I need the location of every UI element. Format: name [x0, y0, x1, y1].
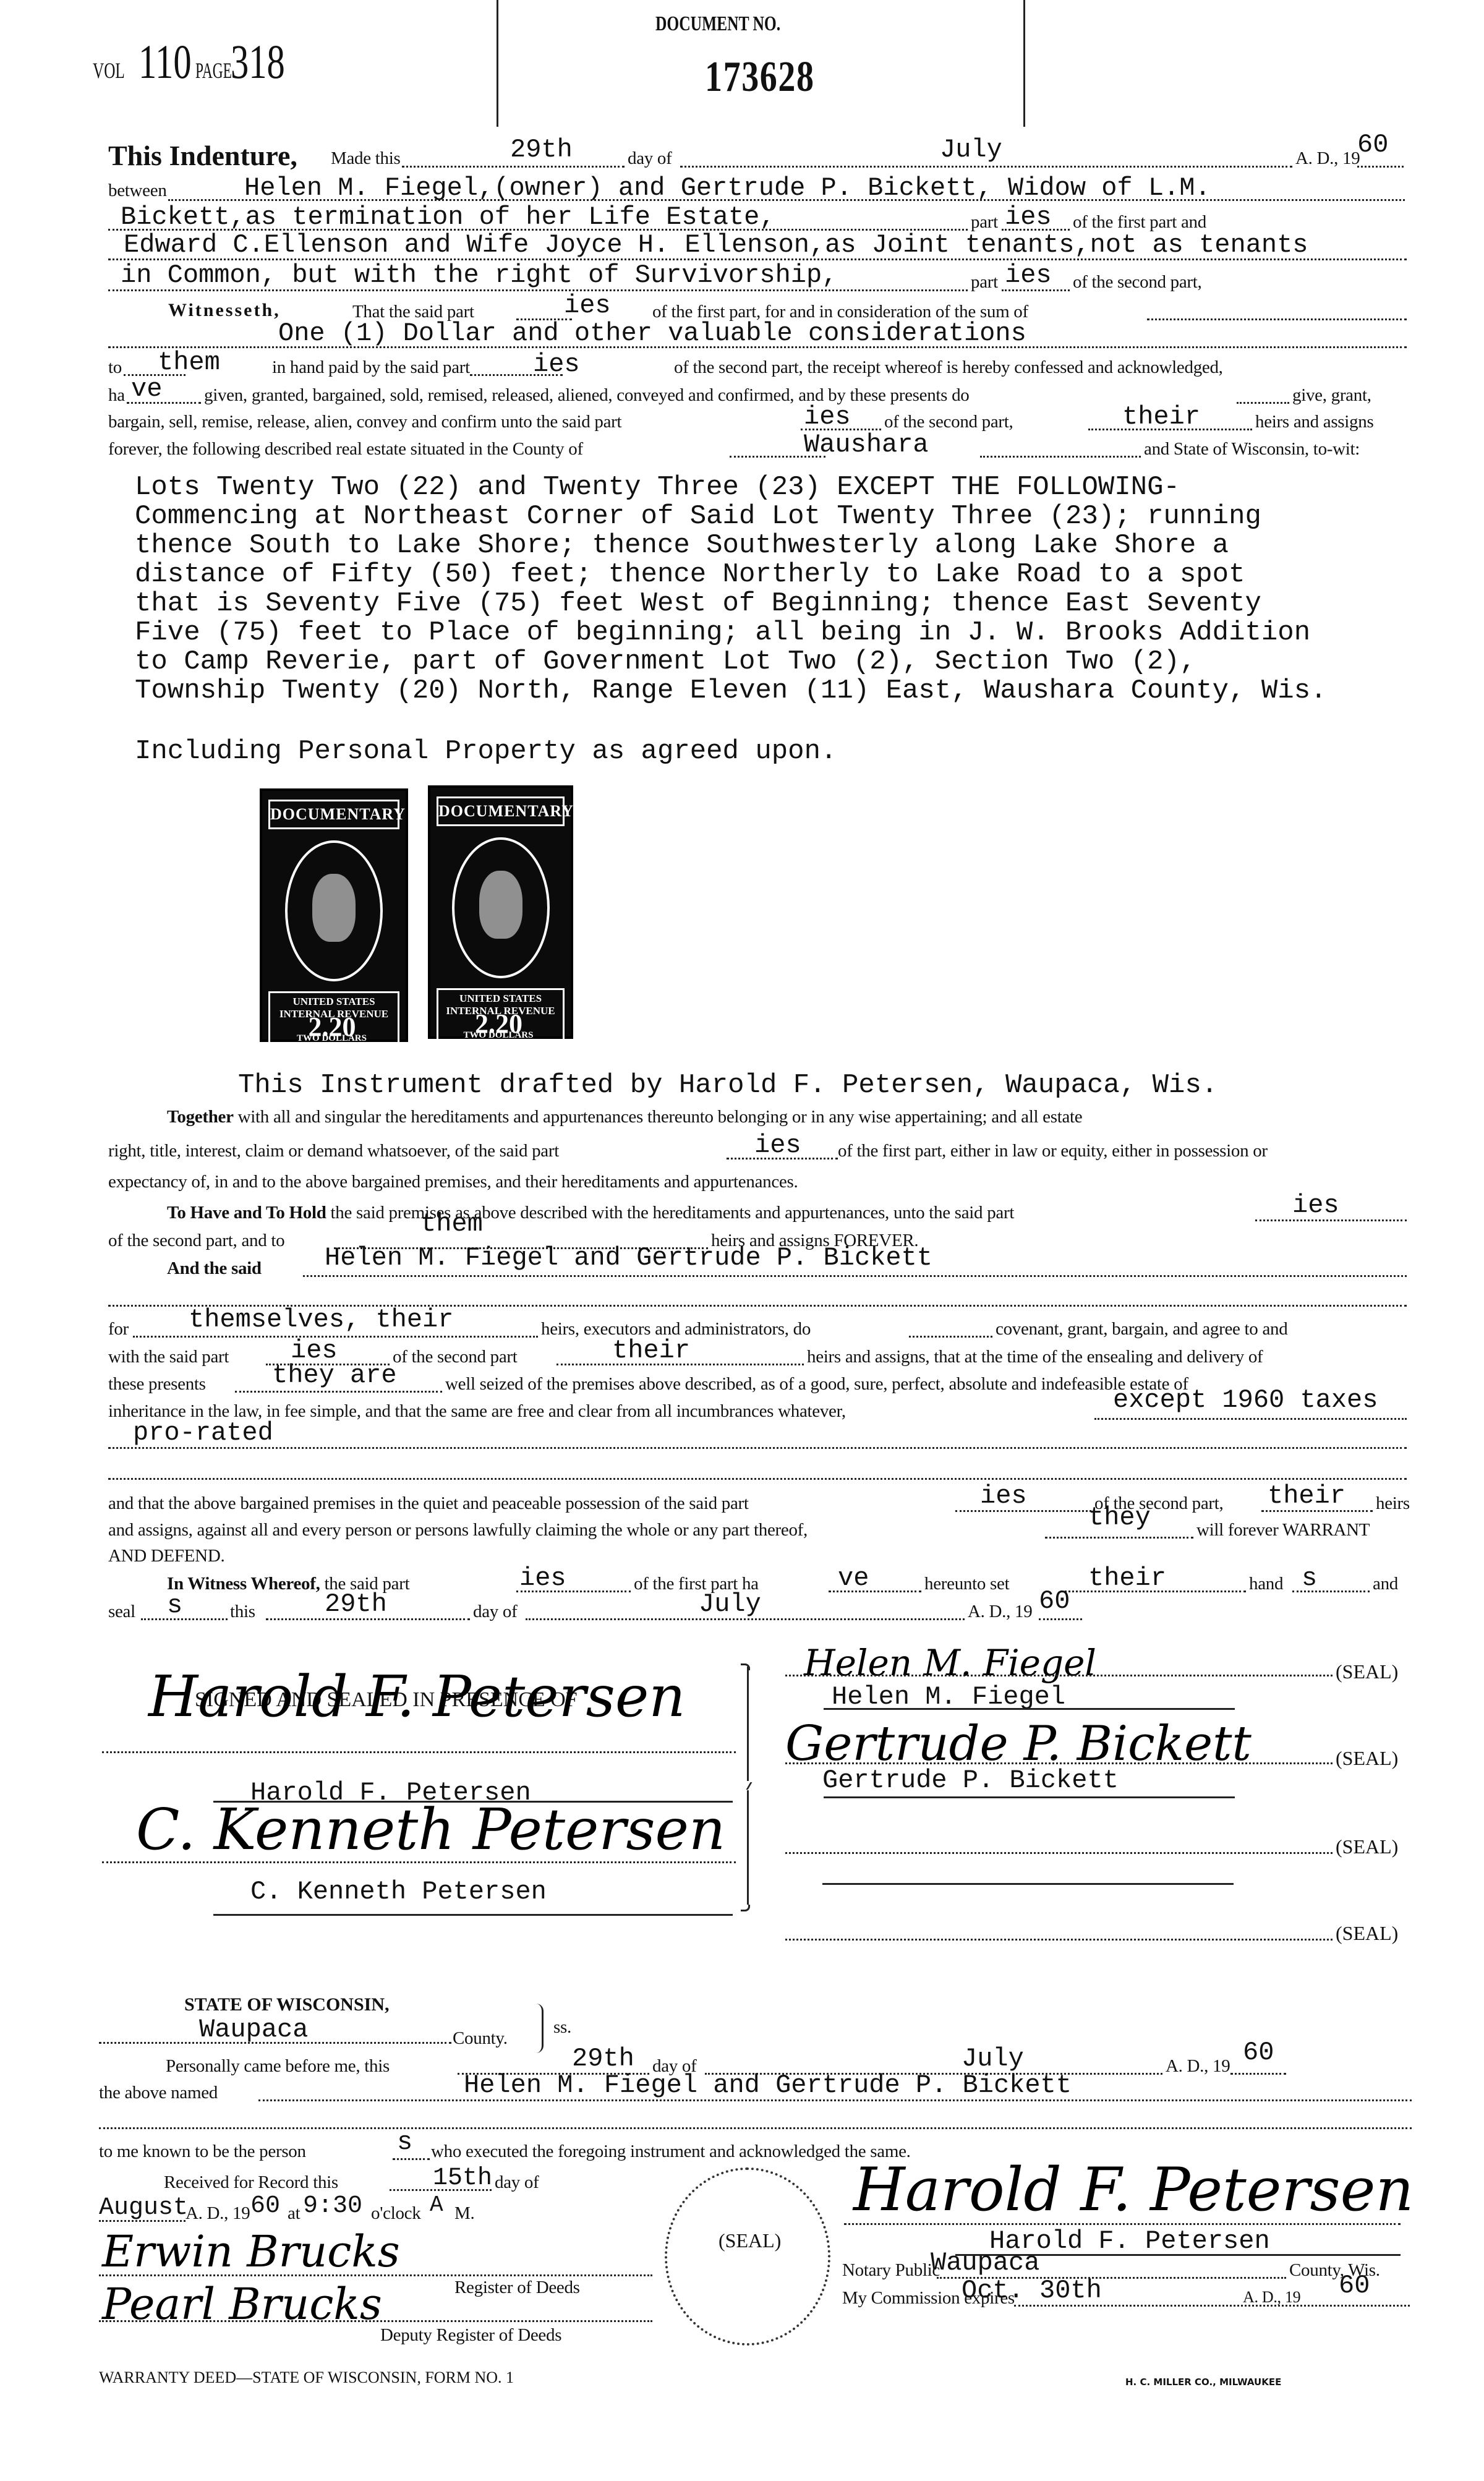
witnesseth-text-3: in hand paid by the said part — [272, 357, 470, 378]
part-label-2: part — [971, 272, 998, 293]
blank-they — [1045, 1537, 1193, 1539]
notary-sig-line — [844, 2223, 1401, 2225]
blank-county-2 — [980, 456, 1141, 458]
grantor-typed-1: Helen M. Fiegel — [832, 1682, 1065, 1712]
vol-number: 110 — [139, 34, 192, 90]
stamp-line1: UNITED STATES — [440, 993, 561, 1005]
commission-ad: A. D., 19 — [1243, 2288, 1300, 2307]
to-have-text-2: of the second part, and to — [108, 1231, 284, 1251]
between-label: between — [108, 181, 167, 201]
indenture-year: 60 — [1357, 130, 1388, 160]
witnesseth-fill-3: ies — [804, 402, 851, 432]
witness-fill-1: ies — [519, 1563, 566, 1593]
to-have-paragraph: To Have and To Hold the said premises as… — [167, 1203, 1014, 1223]
blank-extra — [108, 1478, 1407, 1480]
brace-upper — [747, 1667, 749, 1781]
together-text-3: of the first part, either in law or equi… — [838, 1141, 1268, 1161]
legal-line: Township Twenty (20) North, Range Eleven… — [135, 677, 1327, 706]
page-number: 318 — [231, 34, 285, 90]
covenant-fill-9: they — [1088, 1503, 1151, 1532]
grantor-typed-rule-1 — [824, 1708, 1235, 1710]
personal-property: Including Personal Property as agreed up… — [135, 736, 837, 767]
covenant-text-9: and assigns, against all and every perso… — [108, 1520, 808, 1540]
witnesseth-label: Witnesseth, — [168, 300, 281, 321]
legal-line: thence South to Lake Shore; thence South… — [135, 531, 1327, 560]
stamp-bottom-panel: UNITED STATES INTERNAL REVENUE 2.20 TWO … — [437, 988, 565, 1056]
ack-day: 29th — [572, 2044, 634, 2073]
legal-line: distance of Fifty (50) feet; thence Nort… — [135, 560, 1327, 589]
grantor-typed-rule-2 — [824, 1796, 1235, 1798]
blank-year-2 — [1039, 1618, 1082, 1620]
page-label: PAGE — [195, 58, 232, 83]
covenant-text-4b: of the second part — [393, 1347, 518, 1367]
deputy-label: Deputy Register of Deeds — [380, 2325, 561, 2346]
received-meridiem: A — [430, 2192, 443, 2218]
witness-whereof-seal: seal — [108, 1602, 135, 1622]
blank-seals — [141, 1618, 228, 1620]
witness-fill-3: their — [1088, 1563, 1166, 1593]
received-oclock: o'clock — [371, 2203, 420, 2224]
notary-public-label: Notary Public — [842, 2260, 940, 2281]
legal-line: that is Seventy Five (75) feet West of B… — [135, 589, 1327, 618]
covenant-fill-8a: ies — [980, 1481, 1027, 1511]
received-day: 15th — [433, 2164, 492, 2192]
blank-do-2 — [909, 1336, 992, 1338]
brace-point — [746, 1782, 759, 1790]
register-signature: Erwin Brucks — [102, 2226, 400, 2277]
covenant-for: for — [108, 1319, 129, 1339]
witness-whereof-this: this — [230, 1602, 255, 1622]
stamp-bottom-panel: UNITED STATES INTERNAL REVENUE 2.20 TWO … — [268, 991, 399, 1059]
covenant-text-5b: well seized of the premises above descri… — [445, 1374, 1188, 1394]
witness-sig-line-2 — [102, 1861, 736, 1863]
blank-ack-county — [99, 2042, 451, 2044]
stamp-value: 2.20 — [309, 1021, 356, 1033]
witnesseth-text-5: given, granted, bargained, sold, remised… — [204, 385, 970, 406]
grantor-sig-line-1 — [785, 1675, 1333, 1676]
indenture-title: This Indenture, — [108, 139, 297, 172]
form-name: WARRANTY DEED—STATE OF WISCONSIN, FORM N… — [99, 2368, 514, 2387]
stamp-portrait-oval — [285, 840, 383, 981]
of-second-part-label: of the second part, — [1073, 272, 1202, 293]
covenant-fill-6: except 1960 taxes — [1113, 1385, 1378, 1415]
witness-day: 29th — [325, 1589, 387, 1619]
legal-description: Lots Twenty Two (22) and Twenty Three (2… — [135, 473, 1327, 706]
to-them: them — [158, 348, 220, 377]
grantor-sig-line-4 — [785, 1939, 1333, 1941]
seal-label-1: (SEAL) — [1336, 1660, 1398, 1683]
blank-day — [402, 166, 625, 168]
ack-state: STATE OF WISCONSIN, — [184, 1994, 389, 2015]
made-this-label: Made this — [331, 148, 400, 169]
witness-signature-2: C. Kenneth Petersen — [136, 1796, 725, 1863]
ha-label: ha — [108, 385, 125, 406]
document-no-label: DOCUMENT NO. — [655, 12, 780, 36]
together-text-1: with all and singular the hereditaments … — [238, 1107, 1083, 1127]
stamp-portrait-oval — [452, 837, 550, 978]
together-text-4: expectancy of, in and to the above barga… — [108, 1172, 798, 1192]
covenant-text-3b: covenant, grant, bargain, and agree to a… — [996, 1319, 1287, 1339]
commission-year: 60 — [1339, 2271, 1370, 2300]
covenant-fill-4b: their — [612, 1336, 690, 1365]
witnesseth-text-7: bargain, sell, remise, release, alien, c… — [108, 412, 621, 432]
grantor-signature-1: Helen M. Fiegel — [804, 1642, 1096, 1684]
brace-bottom-hook — [741, 1905, 750, 1911]
received-at: at — [288, 2203, 300, 2224]
blank-do — [1237, 402, 1289, 404]
ack-ss: ss. — [553, 2017, 571, 2038]
day-of-label: day of — [628, 148, 672, 169]
printer-imprint: H. C. MILLER CO., MILWAUKEE — [1125, 2376, 1281, 2388]
first-party-line2: Bickett,as termination of her Life Estat… — [121, 202, 775, 232]
stamp-value-words2: TWENTY CENTS — [297, 1044, 371, 1054]
witness-typed-rule-2 — [213, 1914, 733, 1916]
legal-line: Commencing at Northeast Corner of Said L… — [135, 502, 1327, 531]
second-party-line2: in Common, but with the right of Survivo… — [121, 260, 837, 290]
blank-prorated — [108, 1447, 1407, 1449]
received-ad: A. D., 19 — [185, 2203, 250, 2224]
header-divider-left — [497, 0, 498, 127]
second-part-suffix: ies — [1005, 260, 1052, 290]
indenture-day: 29th — [510, 135, 573, 164]
witness-year: 60 — [1039, 1586, 1070, 1616]
covenant-text-8c: heirs — [1376, 1493, 1410, 1514]
brace-top-hook — [741, 1663, 750, 1670]
ack-above-named-label: the above named — [99, 2083, 218, 2103]
witnesseth-fill-1: ies — [564, 291, 611, 320]
ack-month: July — [962, 2044, 1024, 2073]
revenue-stamp-2: DOCUMENTARY UNITED STATES INTERNAL REVEN… — [428, 785, 573, 1039]
brace-lower — [747, 1790, 749, 1905]
stamp-title: DOCUMENTARY — [437, 796, 565, 826]
ack-personally: Personally came before me, this — [166, 2056, 390, 2077]
witness-fill-2: ve — [838, 1563, 869, 1593]
received-month: August — [99, 2194, 188, 2222]
second-party-line1: Edward C.Ellenson and Wife Joyce H. Elle… — [124, 230, 1308, 260]
drafted-by: This Instrument drafted by Harold F. Pet… — [238, 1070, 1217, 1101]
notary-county: Waupaca — [931, 2248, 1039, 2278]
recording-seal-label: (SEAL) — [719, 2229, 781, 2252]
indenture-month: July — [940, 135, 1002, 164]
witness-whereof-text-3: hereunto set — [924, 1574, 1009, 1594]
ack-known-b: who executed the foregoing instrument an… — [431, 2142, 911, 2162]
covenant-fill-5: they are — [272, 1360, 397, 1390]
stamp-value-words2: TWENTY CENTS — [464, 1041, 538, 1051]
commission-date: Oct. 30th — [962, 2276, 1102, 2305]
covenant-text-4: with the said part — [108, 1347, 229, 1367]
received-day-of: day of — [495, 2172, 539, 2193]
county: Waushara — [804, 430, 929, 459]
portrait-icon — [312, 874, 356, 942]
document-no: 173628 — [705, 53, 815, 102]
ack-year: 60 — [1243, 2038, 1274, 2067]
stamp-value: 2.20 — [475, 1018, 522, 1030]
ack-county-label: County. — [453, 2028, 508, 2049]
witnesseth-text-9: heirs and assigns — [1255, 412, 1373, 432]
witnesseth-fill-2: ies — [533, 349, 580, 379]
deputy-sig-line — [99, 2320, 652, 2322]
ack-ad: A. D., 19 — [1166, 2056, 1230, 2077]
header-divider-right — [1023, 0, 1025, 127]
covenant-lead: And the said — [167, 1258, 262, 1279]
to-have-fill-2: them — [420, 1209, 483, 1239]
witness-signature-1: Harold F. Petersen — [148, 1663, 686, 1730]
witness-month: July — [699, 1589, 761, 1619]
received-label: Received for Record this — [164, 2172, 338, 2193]
have-fill: ve — [131, 374, 162, 404]
ack-brace — [533, 2004, 544, 2053]
blank-sum — [1147, 318, 1407, 320]
witnesseth-fill-4: their — [1122, 402, 1200, 432]
witnesseth-text-4: of the second part, the receipt whereof … — [674, 357, 1223, 378]
blank-ack-year — [1230, 2073, 1286, 2075]
covenant-text-10: AND DEFEND. — [108, 1546, 224, 1566]
witnesseth-text-11: and State of Wisconsin, to-wit: — [1144, 439, 1360, 459]
notary-signature: Harold F. Petersen — [853, 2155, 1414, 2224]
together-lead: Together — [167, 1107, 234, 1127]
covenant-fill-themselves: themselves, their — [189, 1305, 453, 1334]
consideration: One (1) Dollar and other valuable consid… — [278, 318, 1026, 348]
witness-sig-line-1 — [102, 1751, 736, 1753]
ack-known: to me known to be the person — [99, 2142, 306, 2162]
portrait-icon — [479, 871, 522, 939]
seal-label-2: (SEAL) — [1336, 1747, 1398, 1770]
stamp-value-words1: TWO DOLLARS — [464, 1030, 534, 1040]
ack-above-named: Helen M. Fiegel and Gertrude P. Bickett — [464, 2070, 1072, 2100]
legal-line: Lots Twenty Two (22) and Twenty Three (2… — [135, 473, 1327, 502]
revenue-stamp-1: DOCUMENTARY UNITED STATES INTERNAL REVEN… — [260, 788, 408, 1042]
received-m: M. — [454, 2203, 474, 2224]
grantor-sig-line-2 — [785, 1762, 1333, 1764]
stamp-value-words1: TWO DOLLARS — [297, 1033, 367, 1043]
ack-county: Waupaca — [199, 2015, 308, 2044]
blank-received-month — [99, 2220, 185, 2222]
grantor-typed-rule-3 — [822, 1883, 1234, 1885]
blank-month — [680, 166, 1292, 168]
witnesseth-text-10: forever, the following described real es… — [108, 439, 583, 459]
grantor-typed-2: Gertrude P. Bickett — [822, 1766, 1119, 1795]
blank-except — [1094, 1418, 1407, 1420]
witness-whereof-ad: A. D., 19 — [968, 1602, 1032, 1622]
to-have-fill: ies — [1292, 1190, 1339, 1220]
received-time: 9:30 — [303, 2192, 362, 2220]
witness-whereof-text-5: and — [1373, 1574, 1398, 1594]
blank-persons — [393, 2158, 430, 2160]
legal-line: Five (75) feet to Place of beginning; al… — [135, 618, 1327, 647]
witness-whereof-text-4: hand — [1249, 1574, 1283, 1594]
register-label: Register of Deeds — [454, 2278, 580, 2298]
witnesseth-text-6: give, grant, — [1292, 385, 1371, 406]
legal-line: to Camp Reverie, part of Government Lot … — [135, 647, 1327, 677]
stamp-line1: UNITED STATES — [271, 996, 396, 1008]
register-sig-line — [99, 2274, 652, 2276]
blank-year — [1357, 166, 1404, 168]
to-label: to — [108, 357, 122, 378]
witness-typed-2: C. Kenneth Petersen — [250, 1877, 547, 1907]
seal-label-3: (SEAL) — [1336, 1835, 1398, 1858]
to-have-lead: To Have and To Hold — [167, 1203, 326, 1223]
witness-fill-5: s — [167, 1591, 182, 1620]
together-paragraph: Together with all and singular the hered… — [167, 1107, 1082, 1127]
together-text-2: right, title, interest, claim or demand … — [108, 1141, 559, 1161]
covenant-fill-7: pro-rated — [133, 1418, 273, 1448]
covenant-grantors: Helen M. Fiegel and Gertrude P. Bickett — [325, 1243, 932, 1273]
covenant-text-5: these presents — [108, 1374, 206, 1394]
covenant-text-8: and that the above bargained premises in… — [108, 1493, 749, 1514]
received-year: 60 — [250, 2192, 280, 2220]
together-fill: ies — [754, 1130, 801, 1160]
blank-grantors — [303, 1275, 1407, 1277]
blank-they-are — [235, 1391, 442, 1393]
covenant-text-4c: heirs and assigns, that at the time of t… — [807, 1347, 1263, 1367]
witness-fill-4: s — [1302, 1563, 1317, 1593]
ack-known-fill: s — [397, 2127, 412, 2157]
first-part-suffix: ies — [1005, 202, 1052, 232]
ad-label: A. D., 19 — [1295, 148, 1360, 169]
witness-whereof-day-of: day of — [473, 1602, 517, 1622]
grantor-sig-line-3 — [785, 1852, 1333, 1854]
stamp-title: DOCUMENTARY — [268, 800, 399, 829]
volume-page-stamp: VOL 110 PAGE 318 — [93, 34, 303, 90]
covenant-fill-8b: their — [1268, 1481, 1345, 1511]
county-seal-circle — [665, 2167, 830, 2346]
seal-label-4: (SEAL) — [1336, 1922, 1398, 1945]
first-party-line1: Helen M. Fiegel,(owner) and Gertrude P. … — [244, 173, 1211, 203]
covenant-text-9b: will forever WARRANT — [1196, 1520, 1370, 1540]
witness-whereof-lead: In Witness Whereof, — [167, 1574, 320, 1594]
blank-above-named-2 — [99, 2127, 1412, 2129]
vol-label: VOL — [93, 58, 125, 83]
